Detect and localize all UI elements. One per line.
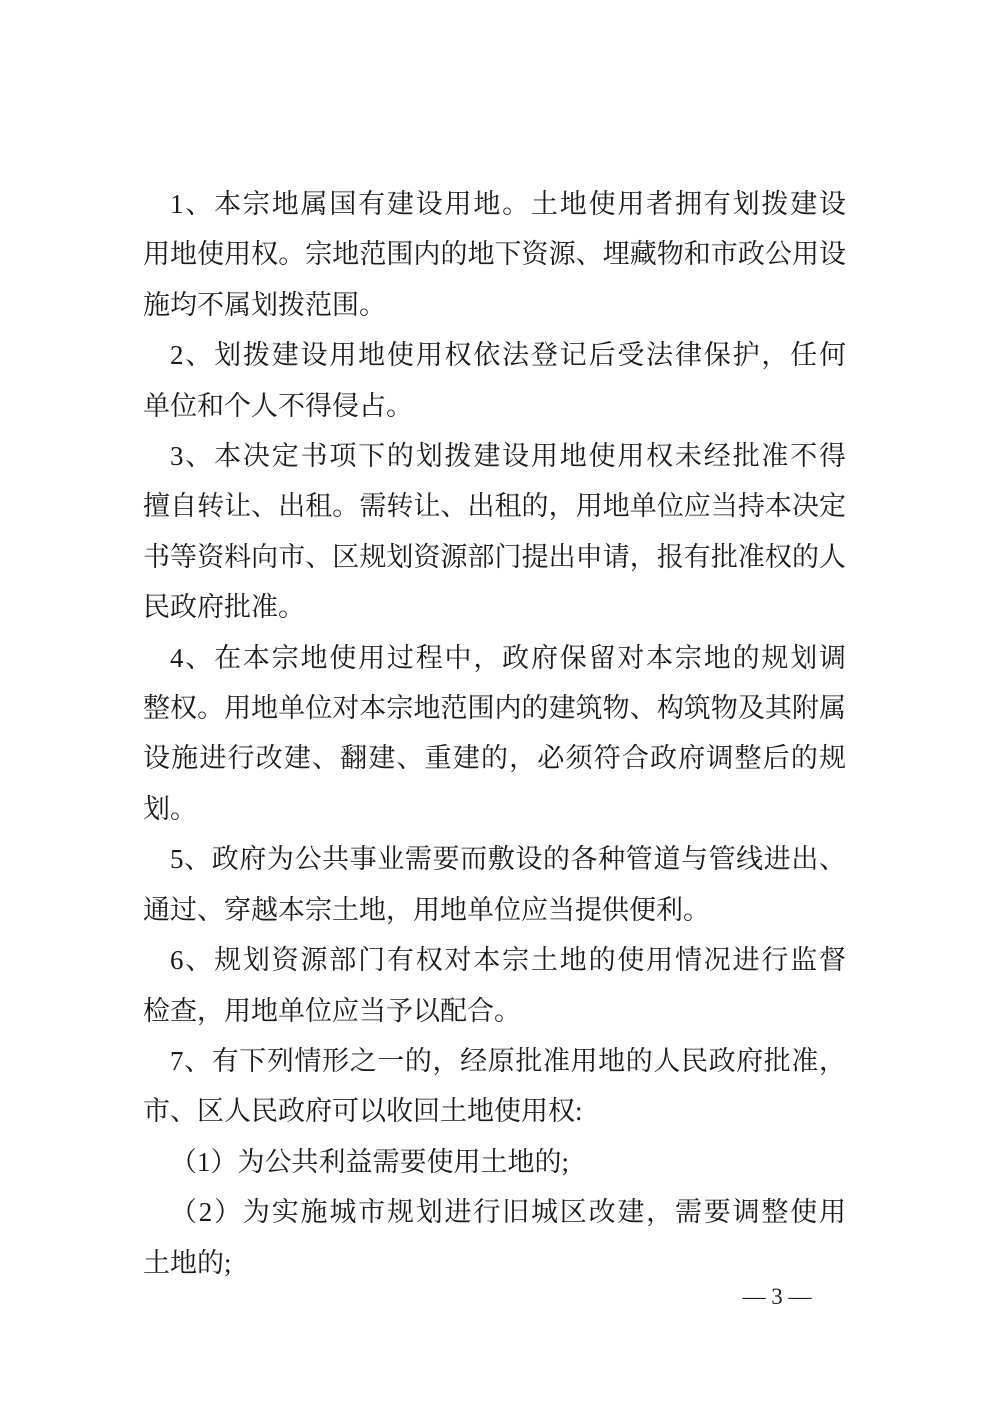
text-line: 1、本宗地属国有建设用地。土地使用者拥有划拨建设	[143, 179, 846, 229]
paragraph: 5、政府为公共事业需要而敷设的各种管道与管线进出、通过、穿越本宗土地，用地单位应…	[143, 834, 846, 935]
text-line: 整权。用地单位对本宗地范围内的建筑物、构筑物及其附属	[143, 683, 846, 733]
paragraph: 6、规划资源部门有权对本宗土地的使用情况进行监督检查，用地单位应当予以配合。	[143, 935, 846, 1036]
document-body: 1、本宗地属国有建设用地。土地使用者拥有划拨建设用地使用权。宗地范围内的地下资源…	[143, 179, 846, 1288]
text-line: （2）为实施城市规划进行旧城区改建，需要调整使用	[143, 1187, 846, 1237]
text-line: 用地使用权。宗地范围内的地下资源、埋藏物和市政公用设	[143, 229, 846, 279]
text-line: 检查，用地单位应当予以配合。	[143, 986, 846, 1036]
text-line: 民政府批准。	[143, 582, 846, 632]
paragraph: 2、划拨建设用地使用权依法登记后受法律保护，任何单位和个人不得侵占。	[143, 330, 846, 431]
text-line: 7、有下列情形之一的，经原批准用地的人民政府批准，	[143, 1036, 846, 1086]
text-line: 设施进行改建、翻建、重建的，必须符合政府调整后的规划。	[143, 733, 846, 834]
paragraph: 1、本宗地属国有建设用地。土地使用者拥有划拨建设用地使用权。宗地范围内的地下资源…	[143, 179, 846, 330]
text-line: 市、区人民政府可以收回土地使用权:	[143, 1086, 846, 1136]
text-line: 擅自转让、出租。需转让、出租的，用地单位应当持本决定	[143, 481, 846, 531]
text-line: 3、本决定书项下的划拨建设用地使用权未经批准不得	[143, 431, 846, 481]
paragraph: 7、有下列情形之一的，经原批准用地的人民政府批准，市、区人民政府可以收回土地使用…	[143, 1036, 846, 1137]
text-line: 书等资料向市、区规划资源部门提出申请，报有批准权的人	[143, 532, 846, 582]
text-line: 6、规划资源部门有权对本宗土地的使用情况进行监督	[143, 935, 846, 985]
text-line: 土地的;	[143, 1238, 846, 1288]
document-page: 1、本宗地属国有建设用地。土地使用者拥有划拨建设用地使用权。宗地范围内的地下资源…	[0, 0, 992, 1403]
paragraph: （1）为公共利益需要使用土地的;	[143, 1137, 846, 1187]
text-line: 单位和个人不得侵占。	[143, 381, 846, 431]
paragraph: （2）为实施城市规划进行旧城区改建，需要调整使用土地的;	[143, 1187, 846, 1288]
text-line: 5、政府为公共事业需要而敷设的各种管道与管线进出、	[143, 834, 846, 884]
text-line: 通过、穿越本宗土地，用地单位应当提供便利。	[143, 885, 846, 935]
paragraph: 3、本决定书项下的划拨建设用地使用权未经批准不得擅自转让、出租。需转让、出租的，…	[143, 431, 846, 633]
text-line: 4、在本宗地使用过程中，政府保留对本宗地的规划调	[143, 633, 846, 683]
text-line: 2、划拨建设用地使用权依法登记后受法律保护，任何	[143, 330, 846, 380]
page-number: — 3 —	[733, 1283, 821, 1311]
text-line: （1）为公共利益需要使用土地的;	[143, 1137, 846, 1187]
paragraph: 4、在本宗地使用过程中，政府保留对本宗地的规划调整权。用地单位对本宗地范围内的建…	[143, 633, 846, 835]
text-line: 施均不属划拨范围。	[143, 280, 846, 330]
